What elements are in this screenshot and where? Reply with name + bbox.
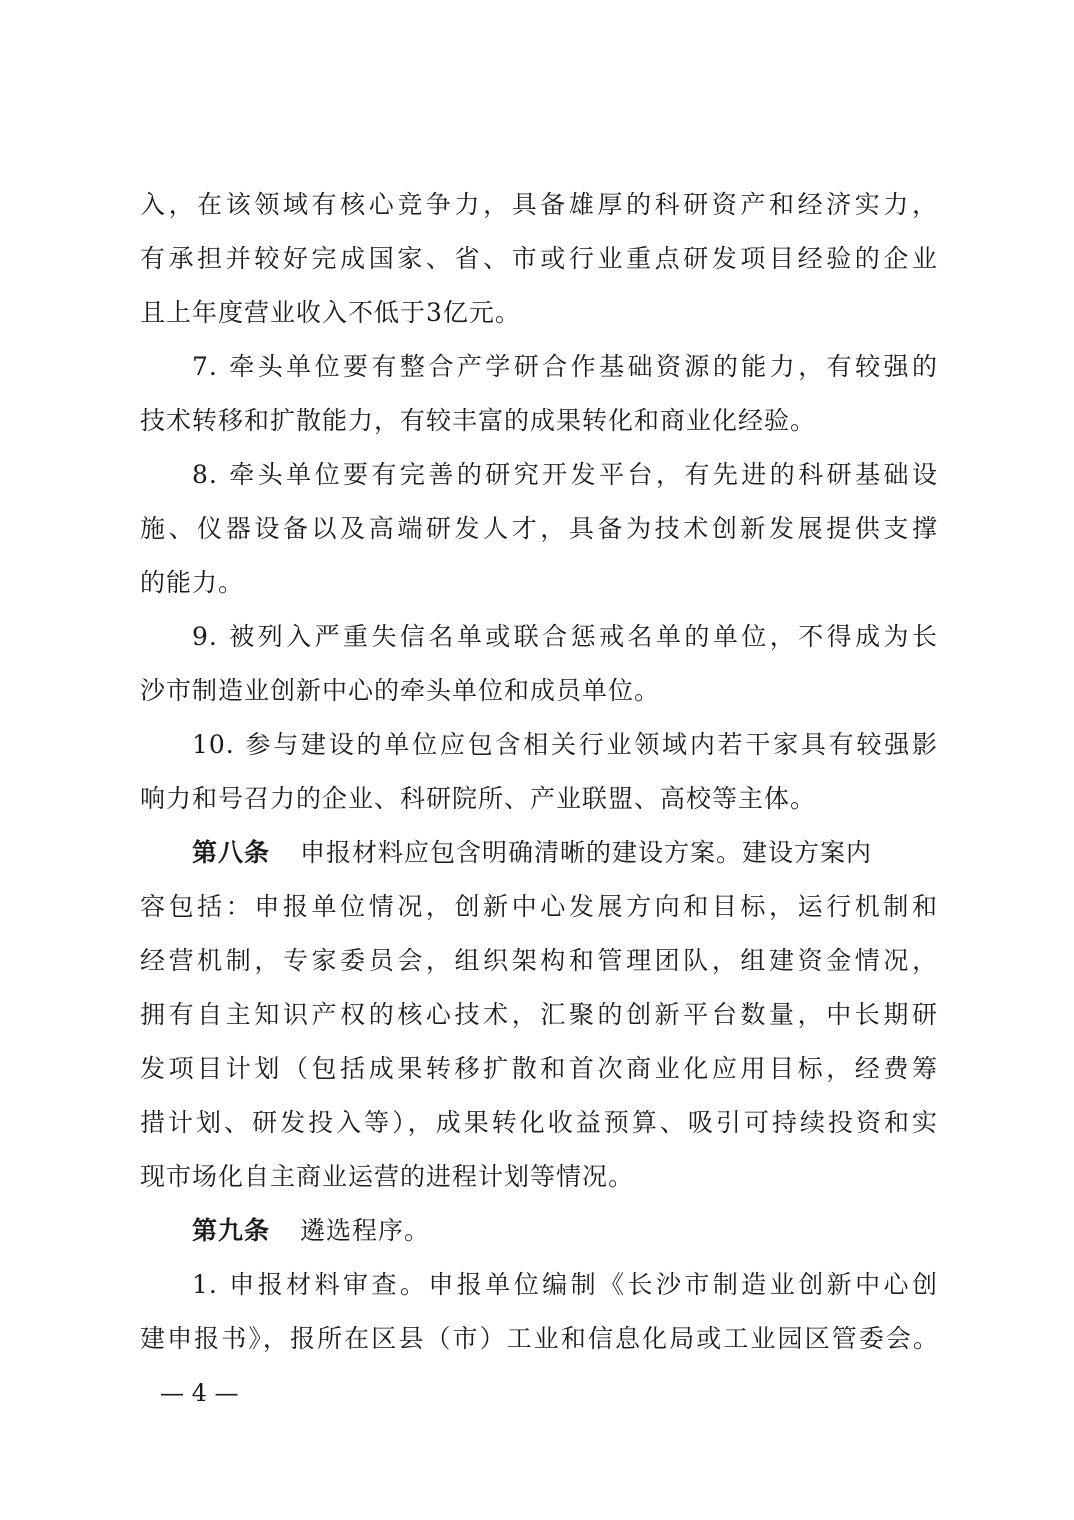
item-10-line: 10. 参与建设的单位应包含相关行业领域内若干家具有较强影 [192, 725, 938, 765]
paragraph-line: 施、仪器设备以及高端研发人才，具备为技术创新发展提供支撑 [140, 509, 938, 549]
paragraph-line: 建申报书》，报所在区县（市）工业和信息化局或工业园区管委会。 [140, 1319, 938, 1359]
item-7-line: 7. 牵头单位要有整合产学研合作基础资源的能力，有较强的 [192, 347, 938, 387]
item-9-line: 9. 被列入严重失信名单或联合惩戒名单的单位，不得成为长 [192, 617, 938, 657]
paragraph-line: 且上年度营业收入不低于3亿元。 [140, 293, 938, 333]
paragraph-line: 沙市制造业创新中心的牵头单位和成员单位。 [140, 671, 938, 711]
paragraph-line: 发项目计划（包括成果转移扩散和首次商业化应用目标，经费筹 [140, 1049, 938, 1089]
paragraph-line: 响力和号召力的企业、科研院所、产业联盟、高校等主体。 [140, 779, 938, 819]
step-1-line: 1. 申报材料审查。申报单位编制《长沙市制造业创新中心创 [192, 1265, 938, 1305]
article-8-line: 第八条申报材料应包含明确清晰的建设方案。建设方案内 [192, 833, 938, 873]
page-number: — 4 — [160, 1375, 239, 1411]
article-9-label: 第九条 [192, 1216, 270, 1245]
paragraph-line: 经营机制，专家委员会，组织架构和管理团队，组建资金情况， [140, 941, 938, 981]
item-8-line: 8. 牵头单位要有完善的研究开发平台，有先进的科研基础设 [192, 455, 938, 495]
paragraph-line: 拥有自主知识产权的核心技术，汇聚的创新平台数量，中长期研 [140, 995, 938, 1035]
paragraph-line: 的能力。 [140, 563, 938, 603]
article-8-text: 申报材料应包含明确清晰的建设方案。建设方案内 [300, 838, 872, 867]
document-page: 入，在该领域有核心竞争力，具备雄厚的科研资产和经济实力， 有承担并较好完成国家、… [0, 0, 1074, 1520]
article-9-line: 第九条遴选程序。 [192, 1211, 938, 1251]
paragraph-line: 现市场化自主商业运营的进程计划等情况。 [140, 1157, 938, 1197]
paragraph-line: 措计划、研发投入等），成果转化收益预算、吸引可持续投资和实 [140, 1103, 938, 1143]
paragraph-line: 技术转移和扩散能力，有较丰富的成果转化和商业化经验。 [140, 401, 938, 441]
article-9-text: 遴选程序。 [300, 1216, 430, 1245]
paragraph-line: 入，在该领域有核心竞争力，具备雄厚的科研资产和经济实力， [140, 185, 938, 225]
paragraph-line: 容包括：申报单位情况，创新中心发展方向和目标，运行机制和 [140, 887, 938, 927]
paragraph-line: 有承担并较好完成国家、省、市或行业重点研发项目经验的企业 [140, 239, 938, 279]
article-8-label: 第八条 [192, 838, 270, 867]
